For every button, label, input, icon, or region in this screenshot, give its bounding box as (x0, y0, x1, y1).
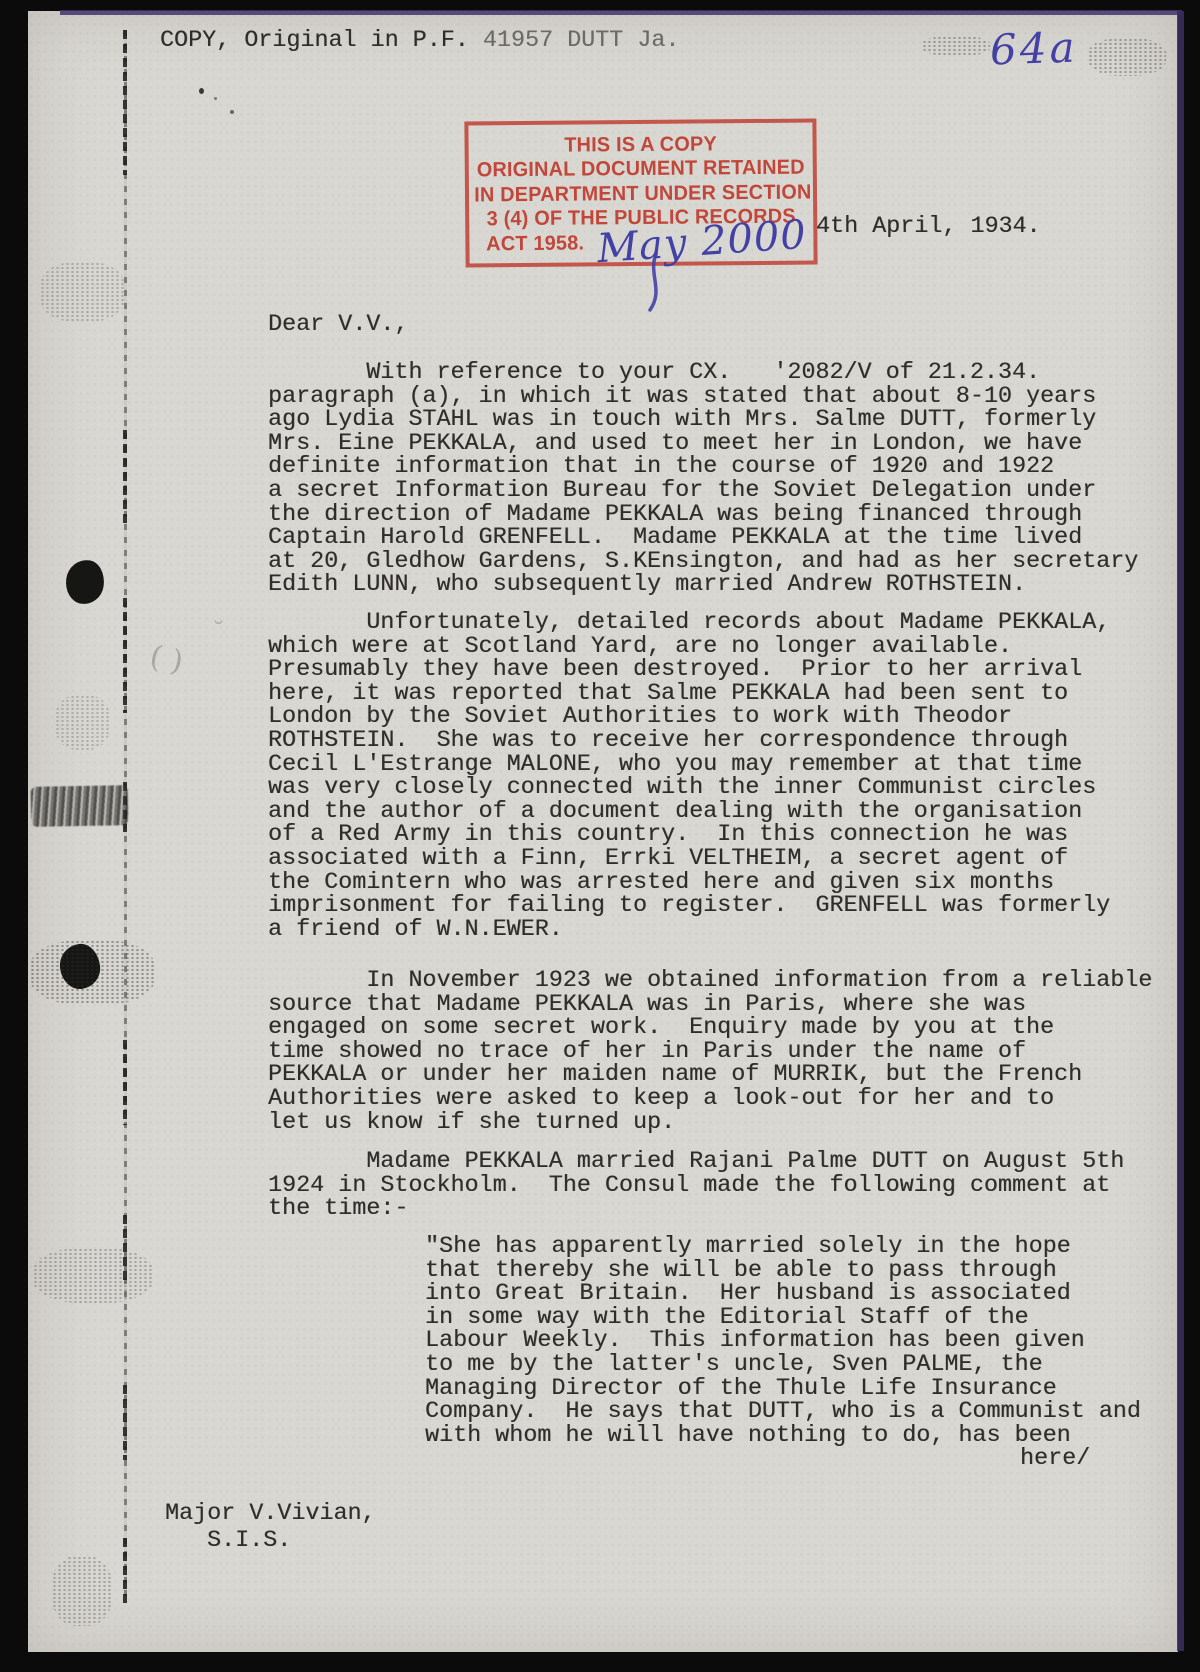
paragraph-4: Madame PEKKALA married Rajani Palme DUTT… (268, 1151, 1124, 1222)
salutation: Dear V.V., (268, 314, 408, 338)
paragraph-3: In November 1923 we obtained information… (268, 970, 1152, 1135)
stamp-line-3: IN DEPARTMENT UNDER SECTION (474, 180, 808, 207)
quoted-block: "She has apparently married solely in th… (425, 1236, 1141, 1448)
smudge-speckle (40, 262, 125, 322)
pen-fleck (214, 97, 217, 100)
pen-fleck (199, 88, 204, 94)
paragraph-2: Unfortunately, detailed records about Ma… (268, 612, 1110, 942)
header-reference-line: COPY, Original in P.F. 41957 DUTT Ja. (160, 30, 679, 54)
quote-continuation: here/ (1020, 1448, 1090, 1472)
paragraph-1: With reference to your CX. '2082/V of 21… (268, 362, 1138, 598)
smudge-speckle (33, 1248, 153, 1303)
header-reference-left: COPY, Original in P.F. (160, 28, 483, 54)
header-reference-right: 41957 DUTT Ja. (483, 28, 680, 54)
ink-smudge (31, 785, 129, 827)
binding-dash-segment (123, 1040, 127, 1125)
stamp-line-2: ORIGINAL DOCUMENT RETAINED (474, 156, 808, 183)
smudge-speckle (922, 36, 990, 56)
folio-number: 64a (989, 22, 1078, 74)
smudge-speckle (52, 1556, 112, 1626)
binding-dash-segment (123, 598, 127, 713)
scan-edge-right (1177, 11, 1184, 1651)
binding-dash-segment (123, 1385, 127, 1460)
binding-dash-segment (123, 430, 127, 525)
stamp-line-1: THIS IS A COPY (474, 132, 808, 159)
binding-dash-segment (123, 1538, 127, 1608)
smudge-speckle (30, 940, 155, 1005)
signature-name: Major V.Vivian, (165, 1503, 376, 1527)
date-line: 4th April, 1934. (816, 216, 1041, 240)
smudge-speckle (55, 695, 110, 750)
binding-dash-segment (123, 30, 127, 175)
signature-org: S.I.S. (207, 1530, 291, 1554)
scan-edge-top (60, 10, 1182, 15)
smudge-speckle (1088, 38, 1166, 76)
pencil-mark: ˘ (212, 618, 225, 648)
scanned-letter-page: ( ) ˘ COPY, Original in P.F. 41957 DUTT … (0, 0, 1200, 1672)
pen-stroke (630, 248, 690, 318)
pen-fleck (230, 110, 234, 114)
